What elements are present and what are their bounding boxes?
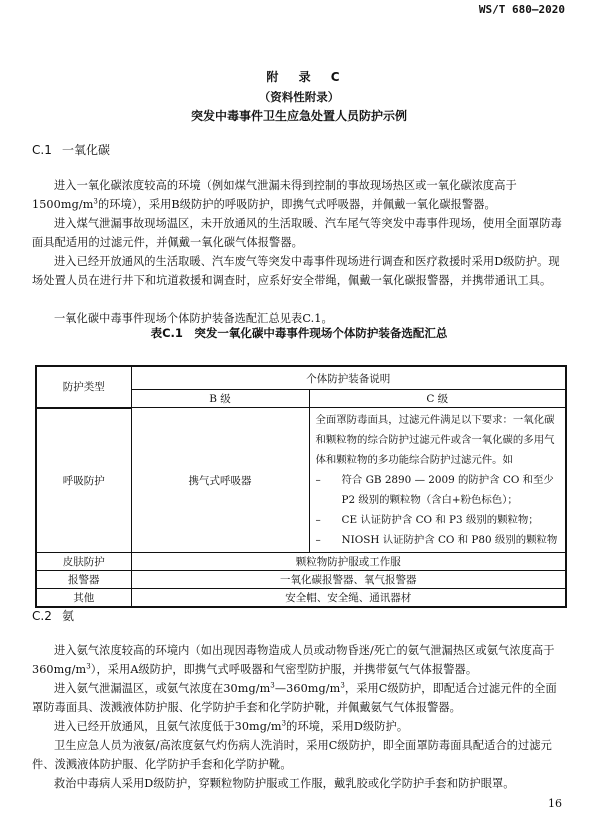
c1-paragraph-1: 进入一氧化碳浓度较高的环境（例如煤气泄漏未得到控制的事故现场热区或一氧化碳浓度高… xyxy=(32,176,566,214)
section-number: C.1 xyxy=(32,143,62,157)
row-type: 皮肤防护 xyxy=(36,553,131,571)
header-b-level: B 级 xyxy=(131,390,309,408)
row-type: 报警器 xyxy=(36,571,131,589)
header-protection-type: 防护类型 xyxy=(36,366,131,408)
row-value: 一氧化碳报警器、氧气报警器 xyxy=(131,571,566,589)
row-value: 颗粒物防护服或工作服 xyxy=(131,553,566,571)
c2-paragraph-4: 卫生应急人员为液氨/高浓度氨气灼伤病人洗消时，采用C级防护，即全面罩防毒面具配适… xyxy=(32,736,566,774)
row-c-value: 全面罩防毒面具，过滤元件满足以下要求：一氧化碳和颗粒物的综合防护过滤元件或含一氧… xyxy=(309,408,566,553)
table-row-other: 其他 安全帽、安全绳、通讯器材 xyxy=(36,589,566,608)
section-title: 氨 xyxy=(62,609,74,623)
c-intro: 全面罩防毒面具，过滤元件满足以下要求：一氧化碳和颗粒物的综合防护过滤元件或含一氧… xyxy=(316,410,560,470)
section-number: C.2 xyxy=(32,609,62,623)
c2-paragraph-1: 进入氨气浓度较高的环境内（如出现因毒物造成人员或动物昏迷/死亡的氨气泄漏热区或氨… xyxy=(32,641,566,679)
table-row-skin: 皮肤防护 颗粒物防护服或工作服 xyxy=(36,553,566,571)
ppe-table: 防护类型 个体防护装备说明 B 级 C 级 呼吸防护 携气式呼吸器 全面罩防毒面… xyxy=(35,365,567,608)
header-equipment-description: 个体防护装备说明 xyxy=(131,366,566,390)
section-title: 一氧化碳 xyxy=(62,143,110,157)
c2-paragraph-5: 救治中毒病人采用D级防护，穿颗粒物防护服或工作服，戴乳胶或化学防护手套和防护眼罩… xyxy=(32,774,566,793)
page-number: 16 xyxy=(548,797,562,810)
table-row-alarm: 报警器 一氧化碳报警器、氧气报警器 xyxy=(36,571,566,589)
c1-paragraph-2: 进入煤气泄漏事故现场温区，未开放通风的生活取暖、汽车尾气等突发中毒事件现场，使用… xyxy=(32,214,566,252)
c-list-item: –符合 GB 2890 — 2009 的防护含 CO 和至少 P2 级别的颗粒物… xyxy=(316,470,560,510)
header-c-level: C 级 xyxy=(309,390,566,408)
c1-paragraph-3: 进入已经开放通风的生活取暖、汽车废气等突发中毒事件现场进行调查和医疗救援时采用D… xyxy=(32,252,566,290)
table-row-respiratory: 呼吸防护 携气式呼吸器 全面罩防毒面具，过滤元件满足以下要求：一氧化碳和颗粒物的… xyxy=(36,408,566,553)
section-c2-heading: C.2氨 xyxy=(32,607,74,624)
annex-title: 附 录 C xyxy=(0,68,598,85)
standard-code: WS/T 680—2020 xyxy=(479,3,565,16)
annex-main-title: 突发中毒事件卫生应急处置人员防护示例 xyxy=(0,107,598,124)
row-value: 安全帽、安全绳、通讯器材 xyxy=(131,589,566,608)
c-list-item: –NIOSH 认证防护含 CO 和 P80 级别的颗粒物 xyxy=(316,530,560,550)
table-caption: 表C.1 突发一氧化碳中毒事件现场个体防护装备选配汇总 xyxy=(0,325,598,341)
annex-subtitle: （资料性附录） xyxy=(0,89,598,105)
row-type: 呼吸防护 xyxy=(36,408,131,553)
c-list-item: –CE 认证防护含 CO 和 P3 级别的颗粒物； xyxy=(316,510,560,530)
section-c1-heading: C.1一氧化碳 xyxy=(32,141,110,158)
row-type: 其他 xyxy=(36,589,131,608)
row-b-value: 携气式呼吸器 xyxy=(131,408,309,553)
c2-paragraph-3: 进入已经开放通风，且氨气浓度低于30mg/m3的环境，采用D级防护。 xyxy=(32,717,566,736)
c2-paragraph-2: 进入氨气泄漏温区，或氨气浓度在30mg/m3—360mg/m3，采用C级防护，即… xyxy=(32,679,566,717)
